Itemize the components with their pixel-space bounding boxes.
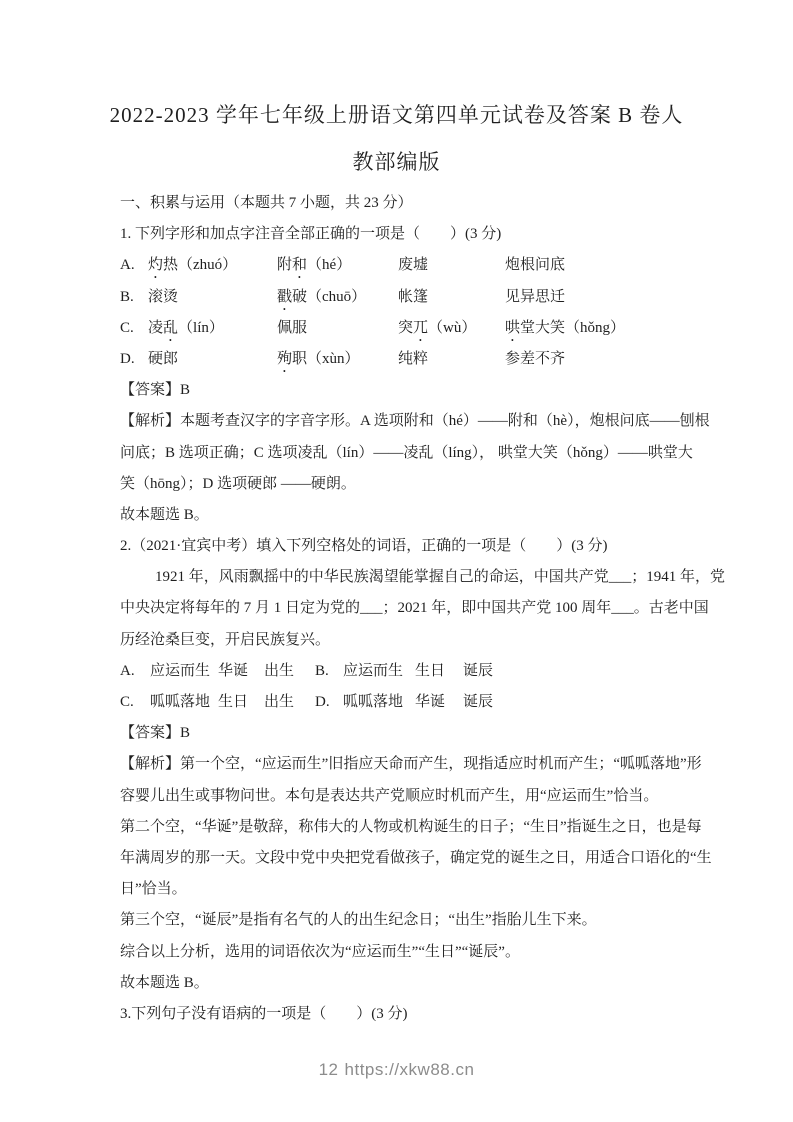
option-word: 哄堂大笑（hǒng） [505,313,773,345]
text-segment: 热（zhuó） [163,257,237,273]
option-label: D. [120,344,148,376]
option-word: 滚烫 [148,282,277,314]
option-label: B. [315,656,343,687]
q3-stem: 3.下列句子没有语病的一项是（ ）(3 分) [120,999,773,1030]
q1-stem: 1. 下列字形和加点字注音全部正确的一项是（ ）(3 分) [120,219,773,250]
option-label: B. [120,282,148,314]
footer-url[interactable]: https://xkw88.cn [345,1060,475,1079]
option-label: C. [120,687,150,718]
q1-analysis-line: 笑（hōng）；D 选项硬郎 ——硬朗。 [120,469,773,500]
text-segment: 凌 [148,320,163,336]
option-word: 见异思迁 [505,282,773,314]
q1-option-row-a: A. 灼热（zhuó） 附和（hé） 废墟 炮根问底 [120,250,773,281]
option-word: 凌乱（lín） [148,313,277,345]
document-body: 一、积累与运用（本题共 7 小题，共 23 分） 1. 下列字形和加点字注音全部… [120,188,773,1030]
q2-passage-line: 中央决定将每年的 7 月 1 日定为党的___；2021 年，即中国共产党 10… [120,593,773,624]
text-segment: 废墟 [398,257,428,273]
document-page: 2022-2023 学年七年级上册语文第四单元试卷及答案 B 卷人 教部编版 一… [0,0,793,1122]
text-segment: 炮根问底 [505,257,565,273]
q2-passage-line: 历经沧桑巨变，开启民族复兴。 [120,625,773,656]
option-label: C. [120,313,148,345]
page-footer: 12https://xkw88.cn [0,1060,793,1080]
q1-analysis-line: 【解析】本题考查汉字的字音字形。A 选项附和（hé）——附和（hè），炮根问底—… [120,406,773,437]
option-word: 应运而生 [150,656,218,687]
option-word: 生日 [218,687,264,718]
option-word: 出生 [264,656,315,687]
text-segment: 帐篷 [398,289,428,305]
option-word: 呱呱落地 [150,687,218,718]
document-title: 2022-2023 学年七年级上册语文第四单元试卷及答案 B 卷人 教部编版 [0,0,793,186]
dotted-character: 兀 [413,320,428,336]
text-segment: 滚烫 [148,289,178,305]
dotted-character: 殉 [277,351,292,367]
q2-option-row-cd: C. 呱呱落地 生日 出生 D. 呱呱落地 华诞 诞辰 [120,687,773,718]
q2-analysis-line: 第三个空，“诞辰”是指有名气的人的出生纪念日；“出生”指胎儿生下来。 [120,905,773,936]
text-segment: 见异思迁 [505,289,565,305]
option-word: 殉职（xùn） [277,344,398,376]
option-word: 灼热（zhuó） [148,250,277,282]
option-word: 华诞 [415,687,463,718]
text-segment: 纯粹 [398,351,428,367]
option-word: 纯粹 [398,344,505,376]
text-segment: 参差不齐 [505,351,565,367]
option-word: 出生 [264,687,315,718]
text-segment: 硬郎 [148,351,178,367]
option-label: A. [120,656,150,687]
dotted-character: 和 [292,257,307,273]
q2-analysis-line: 第二个空，“华诞”是敬辞，称伟大的人物或机构诞生的日子；“生日”指诞生之日，也是… [120,812,773,843]
option-word: 帐篷 [398,282,505,314]
option-word: 突兀（wù） [398,313,505,345]
dotted-character: 戳 [277,289,292,305]
option-label: D. [315,687,343,718]
q2-option-row-ab: A. 应运而生 华诞 出生 B. 应运而生 生日 诞辰 [120,656,773,687]
option-word: 华诞 [218,656,264,687]
option-word: 附和（hé） [277,250,398,282]
section-heading: 一、积累与运用（本题共 7 小题，共 23 分） [120,188,773,219]
q2-analysis-line: 年满周岁的那一天。文段中党中央把党看做孩子，确定党的诞生之日，用适合口语化的“生 [120,843,773,874]
text-segment: 佩服 [277,320,307,336]
q1-option-row-b: B. 滚烫 戳破（chuō） 帐篷 见异思迁 [120,282,773,313]
dotted-character: 乱 [163,320,178,336]
text-segment: 职（xùn） [292,351,360,367]
q1-option-row-c: C. 凌乱（lín） 佩服 突兀（wù） 哄堂大笑（hǒng） [120,313,773,344]
q1-analysis-line: 故本题选 B。 [120,500,773,531]
dotted-character: 灼 [148,257,163,273]
text-segment: （wù） [428,320,476,336]
q1-analysis-line: 问底；B 选项正确；C 选项凌乱（lín）——凌乱（líng）， 哄堂大笑（hǒ… [120,438,773,469]
option-word: 硬郎 [148,344,277,376]
option-word: 诞辰 [463,687,773,718]
title-line-2: 教部编版 [0,139,793,186]
q2-analysis-line: 【解析】第一个空，“应运而生”旧指应天命而产生，现指适应时机而产生；“呱呱落地”… [120,749,773,780]
q1-answer: 【答案】B [120,375,773,406]
option-label: A. [120,250,148,282]
option-word: 炮根问底 [505,250,773,282]
text-segment: 堂大笑（hǒng） [520,320,625,336]
q2-stem: 2.（2021·宜宾中考）填入下列空格处的词语，正确的一项是（ ）(3 分) [120,531,773,562]
q2-analysis-line: 综合以上分析，选用的词语依次为“应运而生”“生日”“诞辰”。 [120,937,773,968]
dotted-character: 哄 [505,320,520,336]
q1-option-row-d: D. 硬郎 殉职（xùn） 纯粹 参差不齐 [120,344,773,375]
option-word: 诞辰 [463,656,773,687]
q2-analysis-line: 容婴儿出生或事物问世。本句是表达共产党顺应时机而产生，用“应运而生”恰当。 [120,781,773,812]
q2-analysis-line: 故本题选 B。 [120,968,773,999]
page-number: 12 [319,1060,339,1079]
text-segment: （hé） [307,257,351,273]
option-word: 应运而生 [343,656,415,687]
text-segment: （lín） [178,320,224,336]
option-word: 呱呱落地 [343,687,415,718]
text-segment: 附 [277,257,292,273]
option-word: 生日 [415,656,463,687]
option-word: 戳破（chuō） [277,282,398,314]
text-segment: 破（chuō） [292,289,366,305]
q2-passage-line: 1921 年，风雨飘摇中的中华民族渴望能掌握自己的命运，中国共产党___；194… [120,562,773,593]
q2-analysis-line: 日”恰当。 [120,874,773,905]
title-line-1: 2022-2023 学年七年级上册语文第四单元试卷及答案 B 卷人 [0,92,793,139]
text-segment: 突 [398,320,413,336]
option-word: 佩服 [277,313,398,345]
q2-answer: 【答案】B [120,718,773,749]
option-word: 废墟 [398,250,505,282]
option-word: 参差不齐 [505,344,773,376]
